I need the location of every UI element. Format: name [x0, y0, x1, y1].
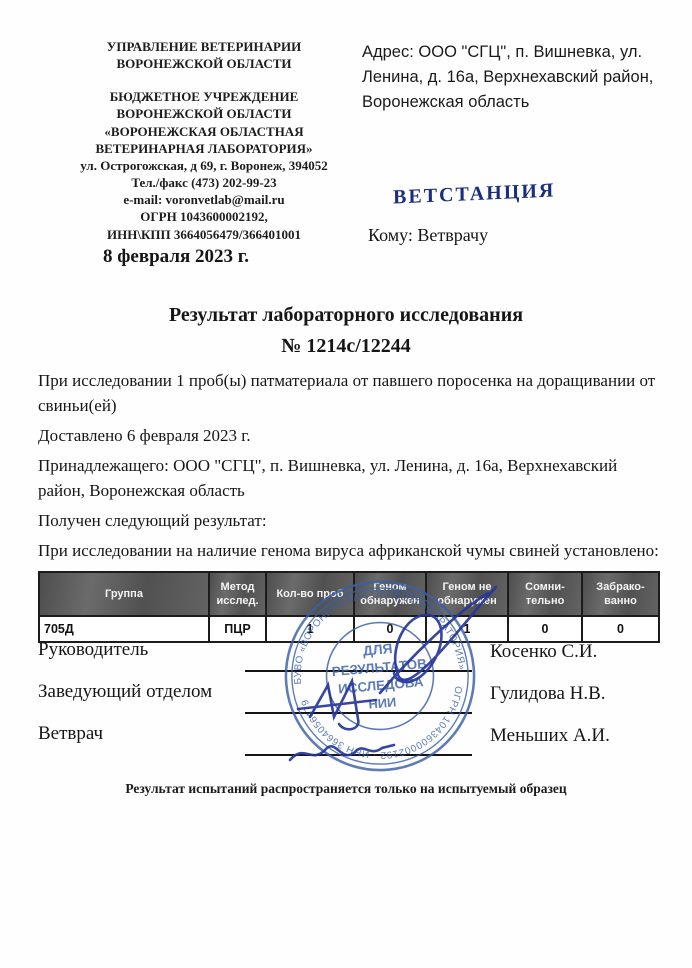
recipient-address: Адрес: ООО "СГЦ", п. Вишневка, ул. Ленин… [362, 40, 662, 114]
title-line-2: № 1214с/12244 [0, 331, 692, 362]
org-phone-line: Тел./факс (473) 202-99-23 [50, 174, 358, 191]
paragraph-result-intro: Получен следующий результат: [38, 509, 662, 534]
spacer [50, 72, 358, 88]
document-title: Результат лабораторного исследования № 1… [0, 300, 692, 362]
org-line: ВОРОНЕЖСКОЙ ОБЛАСТИ [50, 55, 358, 72]
col-header-rejected: Забрако- ванно [582, 572, 659, 616]
footer-disclaimer: Результат испытаний распространяется тол… [0, 781, 692, 797]
paragraph-delivered: Доставлено 6 февраля 2023 г. [38, 424, 662, 449]
paragraph-owner: Принадлежащего: ООО "СГЦ", п. Вишневка, … [38, 454, 662, 504]
signature-role: Руководитель [38, 639, 245, 661]
org-line: УПРАВЛЕНИЕ ВЕТЕРИНАРИИ [50, 38, 358, 55]
org-header-block: УПРАВЛЕНИЕ ВЕТЕРИНАРИИ ВОРОНЕЖСКОЙ ОБЛАС… [50, 38, 358, 243]
vetstation-stamp-text: ВЕТСТАНЦИЯ [393, 179, 555, 209]
signature-role: Заведующий отделом [38, 681, 245, 703]
org-inn-line: ИНН\КПП 3664056479/366401001 [50, 226, 358, 243]
document-body: При исследовании 1 проб(ы) патматериала … [38, 369, 662, 569]
org-line: «ВОРОНЕЖСКАЯ ОБЛАСТНАЯ [50, 123, 358, 140]
paragraph-sample-info: При исследовании 1 проб(ы) патматериала … [38, 369, 662, 419]
signature-stroke-vet [290, 745, 394, 760]
title-line-1: Результат лабораторного исследования [0, 300, 692, 331]
document-date: 8 февраля 2023 г. [103, 246, 249, 268]
org-ogrn-line: ОГРН 1043600002192, [50, 208, 358, 225]
recipient-to-line: Кому: Ветврачу [368, 225, 488, 246]
scanned-lab-result-document: УПРАВЛЕНИЕ ВЕТЕРИНАРИИ ВОРОНЕЖСКОЙ ОБЛАС… [0, 0, 692, 968]
signature-stroke-director [394, 587, 496, 682]
org-line: ВЕТЕРИНАРНАЯ ЛАБОРАТОРИЯ» [50, 140, 358, 157]
org-line: ВОРОНЕЖСКОЙ ОБЛАСТИ [50, 105, 358, 122]
signature-stroke-dept-head-strike [298, 700, 376, 709]
col-header-group: Группа [39, 572, 209, 616]
org-email-line: e-mail: voronvetlab@mail.ru [50, 191, 358, 208]
paragraph-test-description: При исследовании на наличие генома вирус… [38, 539, 662, 564]
org-line: БЮДЖЕТНОЕ УЧРЕЖДЕНИЕ [50, 88, 358, 105]
org-address-line: ул. Острогожская, д 69, г. Воронеж, 3940… [50, 157, 358, 174]
signature-role: Ветврач [38, 723, 245, 745]
handwritten-signatures [248, 575, 574, 783]
